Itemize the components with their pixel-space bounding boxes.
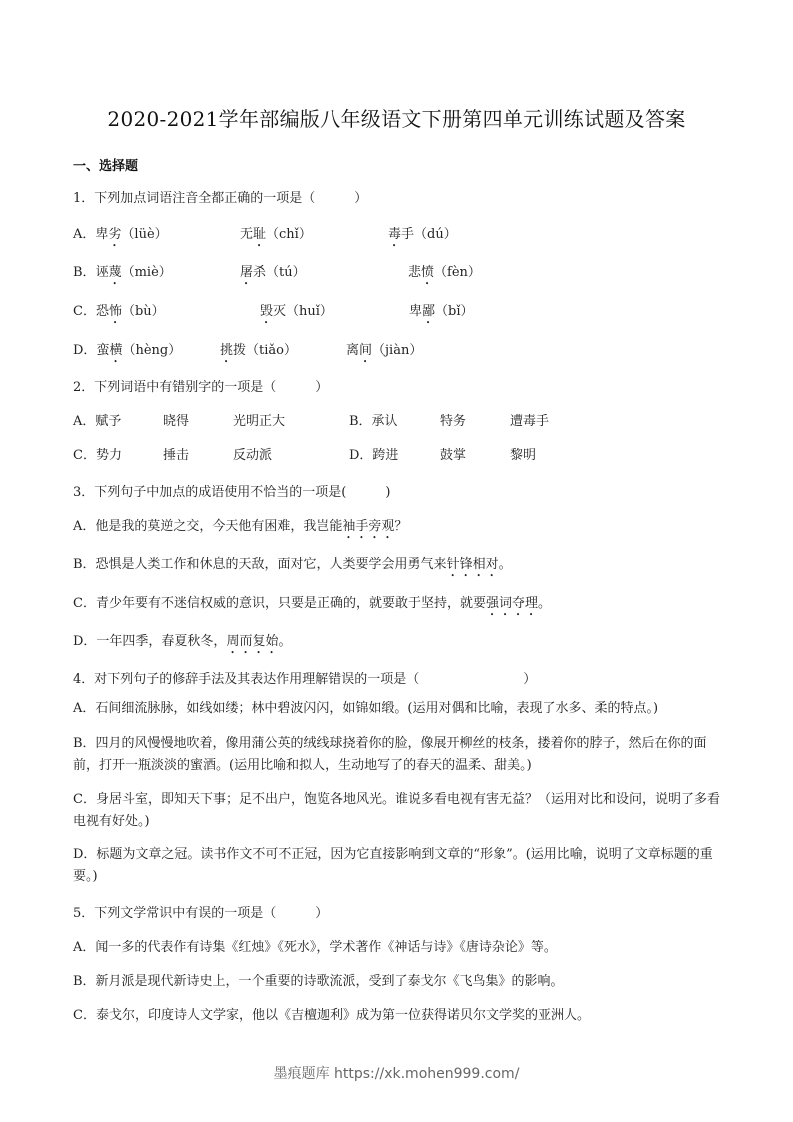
document-title: 2020-2021学年部编版八年级语文下册第四单元训练试题及答案 — [0, 103, 793, 132]
sentence-text: D．一年四季，春夏秋冬， — [73, 634, 226, 649]
q2-row1-cell: A．赋予 — [73, 410, 121, 429]
word-part: 恐 — [96, 304, 109, 319]
q2-row2-cell: D．跨进 — [349, 444, 398, 463]
pinyin: （fèn） — [434, 265, 481, 280]
q5-option-b: B．新月派是现代新诗史上，一个重要的诗歌流派，受到了泰戈尔《飞鸟集》的影响。 — [73, 970, 564, 989]
q4-option-d: D．标题为文章之冠。读书作文不可不正冠，因为它直接影响到文章的“形象”。(运用比… — [73, 844, 723, 888]
q1-option-a-word-2: 无耻（chǐ） — [240, 223, 312, 250]
pinyin: 手（dú） — [401, 227, 457, 242]
dotted-char: 蔑 — [109, 265, 122, 280]
word-part: 诬 — [96, 265, 109, 280]
word-part: 无 — [240, 227, 253, 242]
q4-option-b: B．四月的风慢慢地吹着，像用蒲公英的绒线球挠着你的脸，像展开柳丝的枝条，搂着你的… — [73, 733, 723, 777]
dotted-char: 劣 — [108, 227, 121, 242]
word-part: 卑 — [95, 227, 108, 242]
q2-row1-cell: B．承认 — [349, 410, 398, 429]
sentence-text: B．恐惧是人类工作和休息的天敌，面对它，人类要学会用勇气来 — [73, 557, 447, 572]
q2-row2-cell: 反动派 — [233, 444, 272, 463]
word-part: 卑 — [409, 304, 422, 319]
pinyin: （jiàn） — [372, 343, 422, 358]
question-3-stem: 3．下列句子中加点的成语使用不恰当的一项是( ) — [73, 481, 390, 500]
q2-row2-cell: 黎明 — [510, 444, 536, 463]
q2-row2-cell: 捶击 — [163, 444, 189, 463]
word-part: 悲 — [408, 265, 421, 280]
question-2-stem: 2．下列词语中有错别字的一项是（ ） — [73, 376, 328, 395]
question-1-stem: 1．下列加点词语注音全都正确的一项是（ ） — [73, 187, 367, 206]
dotted-char: 怖 — [109, 304, 122, 319]
pinyin: 杀（tú） — [253, 265, 306, 280]
q5-option-a: A．闻一多的代表作有诗集《红烛》《死水》，学术著作《神话与诗》《唐诗杂论》等。 — [73, 936, 557, 955]
pinyin: （bǐ） — [435, 304, 473, 319]
q1-option-d-word-2: 挑拨（tiǎo） — [220, 339, 297, 366]
pinyin: （bù） — [122, 304, 165, 319]
q1-option-c-word-2: 毁灭（huǐ） — [260, 300, 333, 327]
dotted-char: 挑 — [220, 343, 233, 358]
pinyin: （miè） — [122, 265, 172, 280]
dotted-char: 愤 — [421, 265, 434, 280]
option-label: A． — [73, 227, 95, 242]
pinyin: （chǐ） — [266, 227, 312, 242]
dotted-char: 横 — [109, 343, 122, 358]
q5-option-c: C．泰戈尔，印度诗人文学家，他以《吉檀迦利》成为第一位获得诺贝尔文学奖的亚洲人。 — [73, 1004, 590, 1023]
q2-row2-cell: 鼓掌 — [440, 444, 466, 463]
q1-option-d: D．蛮横（hèng） — [73, 339, 181, 366]
dotted-char: 间 — [359, 343, 372, 358]
sentence-end: 。 — [538, 596, 551, 611]
pinyin: 灭（huǐ） — [273, 304, 333, 319]
word-part: 离 — [346, 343, 359, 358]
q2-row1-cell: 遭毒手 — [510, 410, 549, 429]
dotted-char: 耻 — [253, 227, 266, 242]
sentence-end: 。 — [278, 634, 291, 649]
q2-row1-cell: 光明正大 — [233, 410, 285, 429]
pinyin: （hèng） — [122, 343, 181, 358]
q1-option-c-word-3: 卑鄙（bǐ） — [409, 300, 474, 327]
q1-option-b-word-2: 屠杀（tú） — [240, 261, 306, 288]
q3-option-a: A．他是我的莫逆之交，今天他有困难，我岂能袖手旁观？ — [73, 515, 407, 542]
option-label: C． — [73, 304, 96, 319]
q1-option-a-word-3: 毒手（dú） — [388, 223, 457, 250]
q2-row2-cell: C．势力 — [73, 444, 122, 463]
q2-row1-cell: 晓得 — [163, 410, 189, 429]
q2-row1-cell: 特务 — [440, 410, 466, 429]
sentence-text: A．他是我的莫逆之交，今天他有困难，我岂能 — [73, 519, 342, 534]
dotted-char: 鄙 — [422, 304, 435, 319]
section-heading: 一、选择题 — [73, 155, 138, 174]
q1-option-b: B．诬蔑（miè） — [73, 261, 172, 288]
word-part: 蛮 — [96, 343, 109, 358]
pinyin: （lüè） — [121, 227, 167, 242]
dotted-char: 毒 — [388, 227, 401, 242]
q1-option-b-word-3: 悲愤（fèn） — [408, 261, 481, 288]
q4-option-c: C．身居斗室，即知天下事；足不出户，饱览各地风光。谁说多看电视有害无益？（运用对… — [73, 789, 723, 833]
dotted-idiom: 针锋相对 — [447, 557, 499, 572]
q1-option-d-word-3: 离间（jiàn） — [346, 339, 422, 366]
q3-option-b: B．恐惧是人类工作和休息的天敌，面对它，人类要学会用勇气来针锋相对。 — [73, 553, 512, 580]
footer-watermark: 墨痕题库 https://xk.mohen999.com/ — [0, 1063, 793, 1083]
q3-option-c: C．青少年要有不迷信权威的意识，只要是正确的，就要敢于坚持，就要强词夺理。 — [73, 592, 551, 619]
question-5-stem: 5．下列文学常识中有误的一项是（ ） — [73, 902, 328, 921]
question-4-stem: 4．对下列句子的修辞手法及其表达作用理解错误的一项是（ ） — [73, 668, 536, 687]
q1-option-c: C．恐怖（bù） — [73, 300, 165, 327]
dotted-idiom: 周而复始 — [226, 634, 278, 649]
q1-option-a: A．卑劣（lüè） — [73, 223, 168, 250]
option-label: D． — [73, 343, 96, 358]
q4-option-a: A．石间细流脉脉，如线如缕；林中碧波闪闪，如锦如缎。(运用对偶和比喻，表现了水多… — [73, 698, 723, 720]
q3-option-d: D．一年四季，春夏秋冬，周而复始。 — [73, 630, 291, 657]
pinyin: 拨（tiǎo） — [233, 343, 297, 358]
dotted-char: 毁 — [260, 304, 273, 319]
sentence-end: ？ — [394, 519, 407, 534]
dotted-idiom: 袖手旁观 — [342, 519, 394, 534]
dotted-idiom: 强词夺理 — [486, 596, 538, 611]
sentence-end: 。 — [499, 557, 512, 572]
option-label: B． — [73, 265, 96, 280]
sentence-text: C．青少年要有不迷信权威的意识，只要是正确的，就要敢于坚持，就要 — [73, 596, 486, 611]
dotted-char: 屠 — [240, 265, 253, 280]
